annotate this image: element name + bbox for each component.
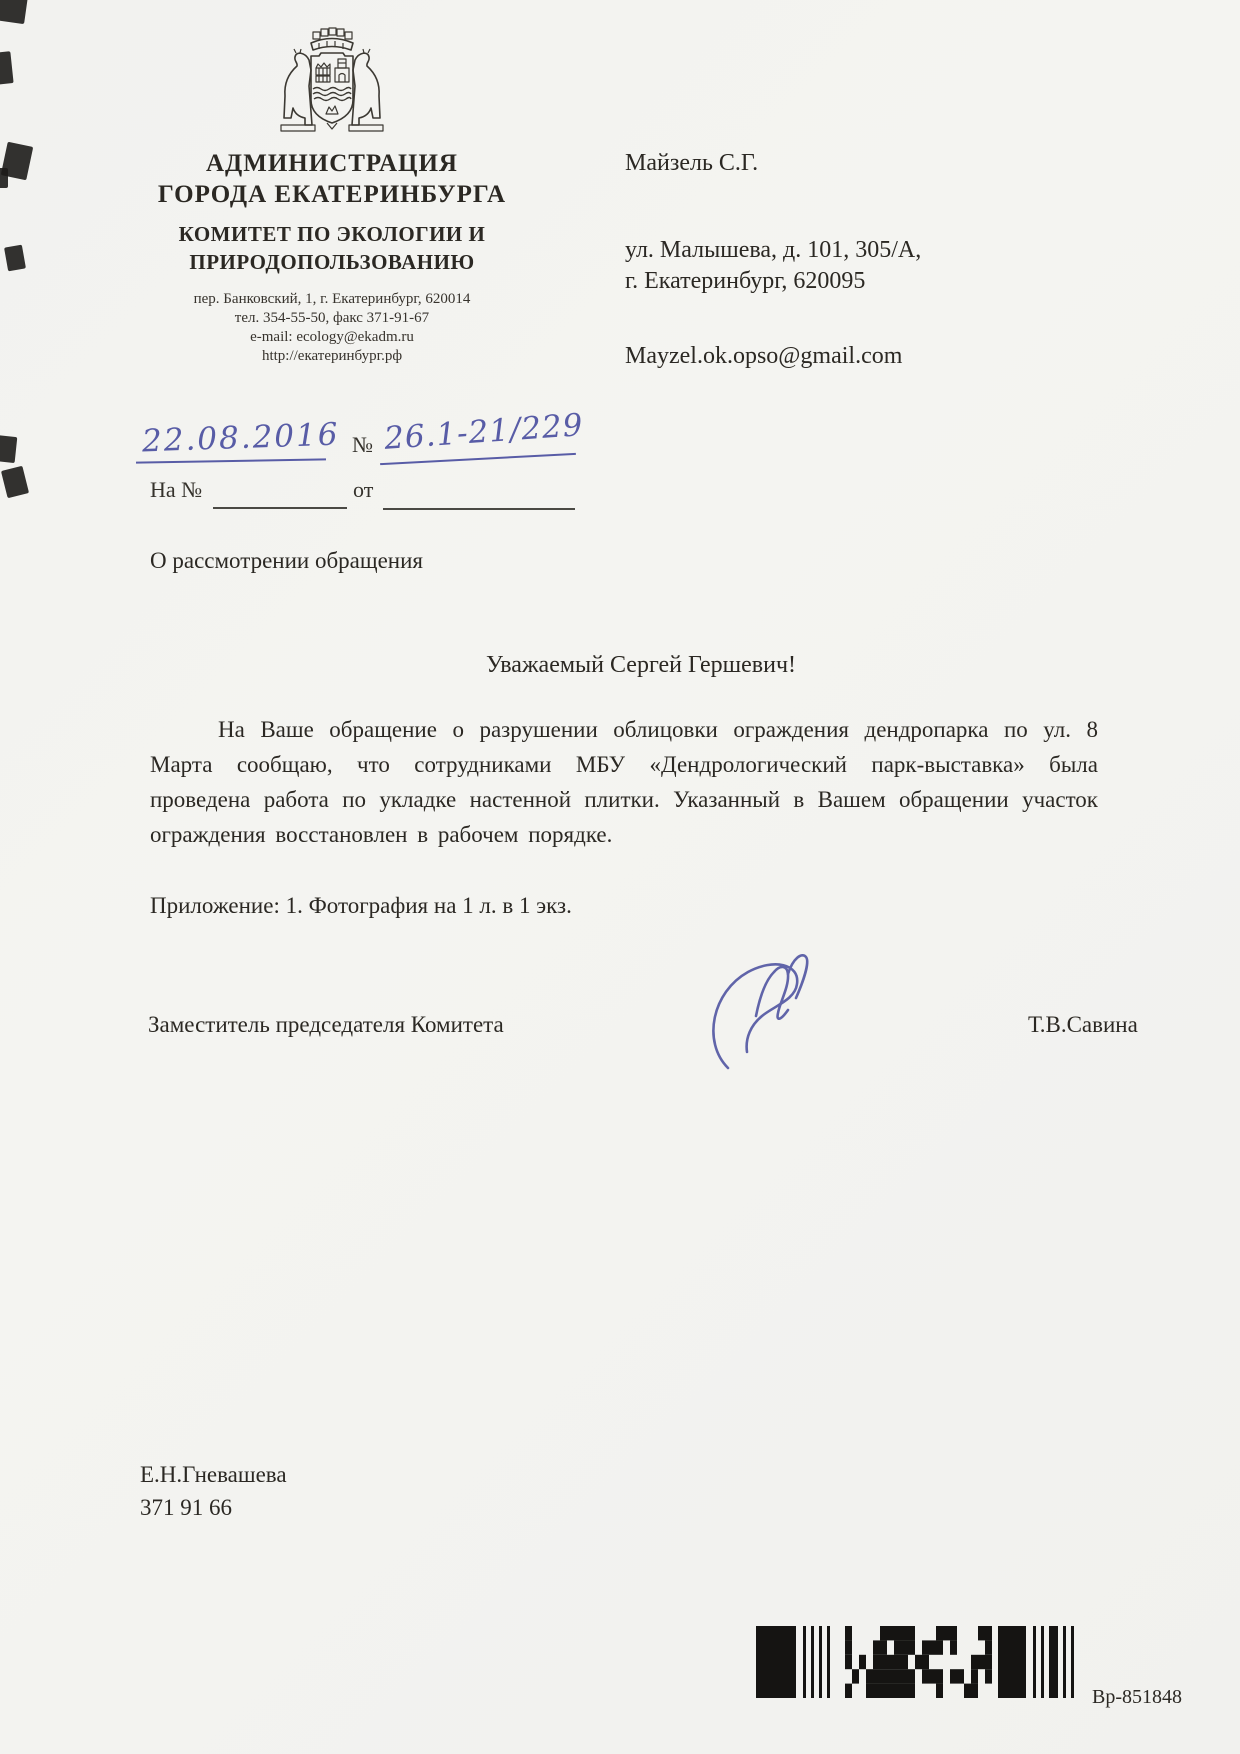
- executor-block: Е.Н.Гневашева 371 91 66: [140, 1458, 287, 1524]
- scan-artifact: [0, 0, 28, 24]
- reply-number-blank: [213, 507, 347, 509]
- from-label: от: [353, 477, 373, 503]
- scan-artifact: [1, 466, 29, 498]
- attachment-line: Приложение: 1. Фотография на 1 л. в 1 эк…: [150, 893, 572, 919]
- recipient-block: Майзель С.Г. ул. Малышева, д. 101, 305/А…: [625, 148, 1095, 372]
- scan-artifact: [0, 168, 8, 188]
- scan-artifact: [0, 51, 14, 85]
- executor-name: Е.Н.Гневашева: [140, 1458, 287, 1491]
- letterhead: АДМИНИСТРАЦИЯ ГОРОДА ЕКАТЕРИНБУРГА КОМИТ…: [128, 26, 536, 366]
- number-sign: №: [352, 432, 373, 458]
- recipient-address-line1: ул. Малышева, д. 101, 305/А,: [625, 235, 1095, 266]
- org-postal-address: пер. Банковский, 1, г. Екатеринбург, 620…: [128, 290, 536, 309]
- signer-position: Заместитель председателя Комитета: [148, 1012, 504, 1038]
- scanned-letter-page: АДМИНИСТРАЦИЯ ГОРОДА ЕКАТЕРИНБУРГА КОМИТ…: [0, 0, 1240, 1754]
- recipient-email: Mayzel.ok.opso@gmail.com: [625, 341, 1095, 372]
- reply-to-label: На №: [150, 477, 202, 503]
- org-website: http://екатеринбург.рф: [128, 347, 536, 366]
- date-underline: [136, 458, 326, 463]
- executor-phone: 371 91 66: [140, 1491, 287, 1524]
- org-phones: тел. 354-55-50, факс 371-91-67: [128, 309, 536, 328]
- coat-of-arms-icon: [269, 26, 395, 140]
- handwritten-signature: [700, 950, 850, 1080]
- subject-line: О рассмотрении обращения: [150, 548, 423, 574]
- department-line1: КОМИТЕТ ПО ЭКОЛОГИИ И: [128, 220, 536, 248]
- org-name-line1: АДМИНИСТРАЦИЯ: [128, 148, 536, 179]
- body-paragraph: На Ваше обращение о разрушении облицовки…: [150, 712, 1098, 852]
- handwritten-date: 22.08.2016: [141, 417, 340, 460]
- department-line2: ПРИРОДОПОЛЬЗОВАНИЮ: [128, 248, 536, 276]
- scan-artifact: [0, 435, 17, 463]
- scan-artifact: [4, 245, 26, 272]
- document-barcode: [756, 1624, 1088, 1700]
- org-email: e-mail: ecology@ekadm.ru: [128, 328, 536, 347]
- barcode-label: Вр-851848: [1092, 1686, 1182, 1709]
- signer-name: Т.В.Савина: [1028, 1012, 1138, 1038]
- reply-date-blank: [383, 508, 575, 510]
- recipient-address-line2: г. Екатеринбург, 620095: [625, 266, 1095, 297]
- salutation: Уважаемый Сергей Гершевич!: [486, 652, 796, 679]
- recipient-name: Майзель С.Г.: [625, 148, 1095, 179]
- org-name-line2: ГОРОДА ЕКАТЕРИНБУРГА: [128, 179, 536, 210]
- handwritten-number: 26.1-21/229: [383, 407, 585, 457]
